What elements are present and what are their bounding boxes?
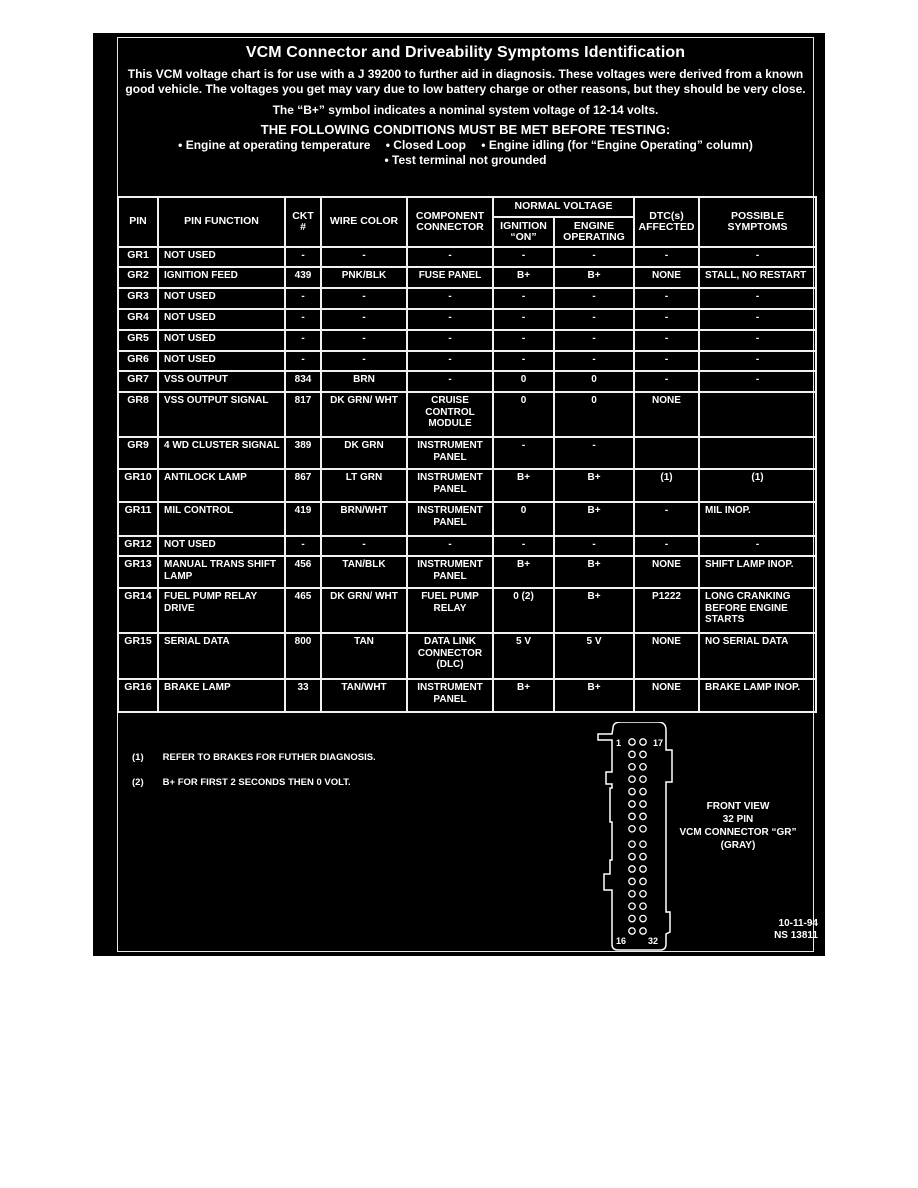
engine-operating-cell: - (554, 247, 634, 267)
wire-color-cell: - (321, 288, 407, 309)
pin-cell: GR5 (118, 330, 158, 351)
svg-text:32: 32 (648, 936, 658, 946)
dtc-cell (634, 437, 699, 469)
ignition-on-cell: - (493, 330, 554, 351)
pin-function-cell: FUEL PUMP RELAY DRIVE (158, 588, 285, 633)
engine-operating-cell: B+ (554, 556, 634, 588)
engine-operating-cell: B+ (554, 588, 634, 633)
wire-color-cell: - (321, 309, 407, 330)
vcm-document-sheet: VCM Connector and Driveability Symptoms … (93, 33, 825, 956)
pin-function-cell: NOT USED (158, 247, 285, 267)
footnote: (1) REFER TO BRAKES FOR FUTHER DIAGNOSIS… (132, 752, 376, 763)
pin-cell: GR6 (118, 351, 158, 371)
possible-symptoms-cell (699, 392, 816, 437)
table-row: GR6NOT USED------- (118, 351, 816, 371)
possible-symptoms-cell: - (699, 330, 816, 351)
wire-color-cell: LT GRN (321, 469, 407, 502)
ckt-cell: - (285, 536, 321, 556)
component-connector-cell: INSTRUMENT PANEL (407, 469, 493, 502)
ignition-on-cell: - (493, 536, 554, 556)
engine-operating-cell: - (554, 437, 634, 469)
wire-color-cell: - (321, 247, 407, 267)
wire-color-cell: DK GRN/ WHT (321, 588, 407, 633)
ignition-on-cell: B+ (493, 679, 554, 712)
wire-color-cell: DK GRN (321, 437, 407, 469)
col-header-possible-symptoms: POSSIBLE SYMPTOMS (699, 197, 816, 247)
pin-function-cell: NOT USED (158, 536, 285, 556)
engine-operating-cell: B+ (554, 679, 634, 712)
col-header-engine-operating: ENGINE OPERATING (554, 217, 634, 247)
pin-cell: GR10 (118, 469, 158, 502)
table-row: GR8VSS OUTPUT SIGNAL817DK GRN/ WHTCRUISE… (118, 392, 816, 437)
possible-symptoms-cell: STALL, NO RESTART (699, 267, 816, 288)
ckt-cell: - (285, 247, 321, 267)
engine-operating-cell: B+ (554, 469, 634, 502)
component-connector-cell: INSTRUMENT PANEL (407, 502, 493, 536)
ignition-on-cell: 0 (493, 502, 554, 536)
col-header-pin: PIN (118, 197, 158, 247)
dtc-cell: - (634, 536, 699, 556)
pin-function-cell: MANUAL TRANS SHIFT LAMP (158, 556, 285, 588)
ignition-on-cell: - (493, 437, 554, 469)
table-row: GR11MIL CONTROL419BRN/WHTINSTRUMENT PANE… (118, 502, 816, 536)
dtc-cell: - (634, 288, 699, 309)
dtc-cell: NONE (634, 556, 699, 588)
pin-function-cell: 4 WD CLUSTER SIGNAL (158, 437, 285, 469)
condition-item: • Test terminal not grounded (385, 153, 547, 167)
pin-cell: GR3 (118, 288, 158, 309)
svg-text:1: 1 (616, 738, 621, 748)
svg-text:16: 16 (616, 936, 626, 946)
engine-operating-cell: - (554, 536, 634, 556)
possible-symptoms-cell: LONG CRANKING BEFORE ENGINE STARTS (699, 588, 816, 633)
footnote-number: (2) (132, 777, 160, 788)
possible-symptoms-cell: MIL INOP. (699, 502, 816, 536)
pin-cell: GR13 (118, 556, 158, 588)
ignition-on-cell: 5 V (493, 633, 554, 679)
pin-cell: GR1 (118, 247, 158, 267)
dtc-cell: - (634, 371, 699, 392)
dtc-cell: - (634, 309, 699, 330)
vcm-voltage-table: PIN PIN FUNCTION CKT # WIRE COLOR COMPON… (117, 196, 817, 713)
component-connector-cell: - (407, 330, 493, 351)
table-row: GR3NOT USED------- (118, 288, 816, 309)
component-connector-cell: - (407, 536, 493, 556)
ignition-on-cell: - (493, 351, 554, 371)
footnotes: (1) REFER TO BRAKES FOR FUTHER DIAGNOSIS… (132, 752, 376, 802)
ignition-on-cell: B+ (493, 469, 554, 502)
pin-function-cell: IGNITION FEED (158, 267, 285, 288)
pin-cell: GR8 (118, 392, 158, 437)
engine-operating-cell: - (554, 309, 634, 330)
col-header-wire-color: WIRE COLOR (321, 197, 407, 247)
footnote: (2) B+ FOR FIRST 2 SECONDS THEN 0 VOLT. (132, 777, 376, 788)
component-connector-cell: - (407, 309, 493, 330)
ignition-on-cell: 0 (2) (493, 588, 554, 633)
pin-function-cell: MIL CONTROL (158, 502, 285, 536)
pin-cell: GR7 (118, 371, 158, 392)
dtc-cell: NONE (634, 267, 699, 288)
description-paragraph: This VCM voltage chart is for use with a… (118, 67, 813, 97)
ignition-on-cell: B+ (493, 267, 554, 288)
pin-cell: GR12 (118, 536, 158, 556)
condition-item: • Engine at operating temperature (178, 138, 370, 152)
ckt-cell: 800 (285, 633, 321, 679)
conditions-heading: THE FOLLOWING CONDITIONS MUST BE MET BEF… (118, 122, 813, 137)
pin-cell: GR2 (118, 267, 158, 288)
document-date: 10-11-94 (758, 918, 818, 930)
possible-symptoms-cell: - (699, 351, 816, 371)
wire-color-cell: TAN (321, 633, 407, 679)
ignition-on-cell: B+ (493, 556, 554, 588)
table-row: GR94 WD CLUSTER SIGNAL389DK GRNINSTRUMEN… (118, 437, 816, 469)
dtc-cell: - (634, 502, 699, 536)
dtc-cell: NONE (634, 392, 699, 437)
possible-symptoms-cell (699, 437, 816, 469)
pin-cell: GR15 (118, 633, 158, 679)
engine-operating-cell: - (554, 330, 634, 351)
wire-color-cell: DK GRN/ WHT (321, 392, 407, 437)
possible-symptoms-cell: - (699, 536, 816, 556)
pin-cell: GR14 (118, 588, 158, 633)
table-row: GR15SERIAL DATA800TANDATA LINK CONNECTOR… (118, 633, 816, 679)
ckt-cell: - (285, 288, 321, 309)
ckt-cell: - (285, 330, 321, 351)
table-row: GR5NOT USED------- (118, 330, 816, 351)
pin-cell: GR16 (118, 679, 158, 712)
caption-line: VCM CONNECTOR “GR” (663, 826, 813, 839)
dtc-cell: P1222 (634, 588, 699, 633)
pin-function-cell: ANTILOCK LAMP (158, 469, 285, 502)
possible-symptoms-cell: (1) (699, 469, 816, 502)
component-connector-cell: INSTRUMENT PANEL (407, 437, 493, 469)
component-connector-cell: CRUISE CONTROL MODULE (407, 392, 493, 437)
possible-symptoms-cell: BRAKE LAMP INOP. (699, 679, 816, 712)
dtc-cell: NONE (634, 633, 699, 679)
pin-cell: GR4 (118, 309, 158, 330)
dtc-cell: (1) (634, 469, 699, 502)
possible-symptoms-cell: - (699, 371, 816, 392)
ckt-cell: 465 (285, 588, 321, 633)
ignition-on-cell: 0 (493, 392, 554, 437)
table-row: GR12NOT USED------- (118, 536, 816, 556)
document-number: NS 13811 (758, 930, 818, 942)
dtc-cell: - (634, 351, 699, 371)
condition-item: • Closed Loop (386, 138, 466, 152)
ckt-cell: - (285, 309, 321, 330)
intro-section: VCM Connector and Driveability Symptoms … (118, 38, 813, 196)
svg-text:17: 17 (653, 738, 663, 748)
ckt-cell: 439 (285, 267, 321, 288)
wire-color-cell: - (321, 351, 407, 371)
possible-symptoms-cell: - (699, 247, 816, 267)
component-connector-cell: FUEL PUMP RELAY (407, 588, 493, 633)
pin-cell: GR9 (118, 437, 158, 469)
document-id: 10-11-94 NS 13811 (758, 918, 818, 942)
table-row: GR14FUEL PUMP RELAY DRIVE465DK GRN/ WHTF… (118, 588, 816, 633)
engine-operating-cell: - (554, 288, 634, 309)
table-row: GR2IGNITION FEED439PNK/BLKFUSE PANELB+B+… (118, 267, 816, 288)
footnote-number: (1) (132, 752, 160, 763)
ckt-cell: - (285, 351, 321, 371)
component-connector-cell: INSTRUMENT PANEL (407, 679, 493, 712)
wire-color-cell: TAN/BLK (321, 556, 407, 588)
ckt-cell: 456 (285, 556, 321, 588)
dtc-cell: NONE (634, 679, 699, 712)
component-connector-cell: - (407, 351, 493, 371)
possible-symptoms-cell: NO SERIAL DATA (699, 633, 816, 679)
table-row: GR4NOT USED------- (118, 309, 816, 330)
table-row: GR16BRAKE LAMP33TAN/WHTINSTRUMENT PANELB… (118, 679, 816, 712)
wire-color-cell: - (321, 330, 407, 351)
dtc-cell: - (634, 247, 699, 267)
col-header-ignition-on: IGNITION “ON” (493, 217, 554, 247)
component-connector-cell: - (407, 247, 493, 267)
engine-operating-cell: - (554, 351, 634, 371)
table-row: GR13MANUAL TRANS SHIFT LAMP456TAN/BLKINS… (118, 556, 816, 588)
footnote-text: B+ FOR FIRST 2 SECONDS THEN 0 VOLT. (163, 777, 351, 788)
col-header-pin-function: PIN FUNCTION (158, 197, 285, 247)
component-connector-cell: INSTRUMENT PANEL (407, 556, 493, 588)
document-frame: VCM Connector and Driveability Symptoms … (117, 37, 814, 952)
pin-function-cell: NOT USED (158, 351, 285, 371)
ckt-cell: 389 (285, 437, 321, 469)
ignition-on-cell: - (493, 247, 554, 267)
pin-function-cell: VSS OUTPUT SIGNAL (158, 392, 285, 437)
pin-function-cell: BRAKE LAMP (158, 679, 285, 712)
component-connector-cell: - (407, 371, 493, 392)
possible-symptoms-cell: - (699, 309, 816, 330)
pin-function-cell: SERIAL DATA (158, 633, 285, 679)
ckt-cell: 419 (285, 502, 321, 536)
wire-color-cell: PNK/BLK (321, 267, 407, 288)
table-body: GR1NOT USED-------GR2IGNITION FEED439PNK… (118, 247, 816, 712)
ckt-cell: 817 (285, 392, 321, 437)
dtc-cell: - (634, 330, 699, 351)
ckt-cell: 867 (285, 469, 321, 502)
engine-operating-cell: 5 V (554, 633, 634, 679)
engine-operating-cell: 0 (554, 371, 634, 392)
table-row: GR7VSS OUTPUT834BRN-00-- (118, 371, 816, 392)
engine-operating-cell: B+ (554, 502, 634, 536)
wire-color-cell: BRN (321, 371, 407, 392)
engine-operating-cell: B+ (554, 267, 634, 288)
pin-function-cell: NOT USED (158, 309, 285, 330)
col-header-dtcs-affected: DTC(s) AFFECTED (634, 197, 699, 247)
possible-symptoms-cell: SHIFT LAMP INOP. (699, 556, 816, 588)
wire-color-cell: - (321, 536, 407, 556)
table-row: GR10ANTILOCK LAMP867LT GRNINSTRUMENT PAN… (118, 469, 816, 502)
pin-cell: GR11 (118, 502, 158, 536)
ckt-cell: 33 (285, 679, 321, 712)
col-header-normal-voltage: NORMAL VOLTAGE (493, 197, 634, 217)
ignition-on-cell: - (493, 288, 554, 309)
connector-caption: FRONT VIEW 32 PIN VCM CONNECTOR “GR” (GR… (663, 800, 813, 852)
possible-symptoms-cell: - (699, 288, 816, 309)
pin-function-cell: NOT USED (158, 330, 285, 351)
caption-line: 32 PIN (663, 813, 813, 826)
ignition-on-cell: 0 (493, 371, 554, 392)
col-header-component-connector: COMPONENT CONNECTOR (407, 197, 493, 247)
table-row: GR1NOT USED------- (118, 247, 816, 267)
wire-color-cell: TAN/WHT (321, 679, 407, 712)
footnote-text: REFER TO BRAKES FOR FUTHER DIAGNOSIS. (163, 752, 376, 763)
engine-operating-cell: 0 (554, 392, 634, 437)
pin-function-cell: VSS OUTPUT (158, 371, 285, 392)
wire-color-cell: BRN/WHT (321, 502, 407, 536)
condition-item: • Engine idling (for “Engine Operating” … (481, 138, 753, 152)
component-connector-cell: - (407, 288, 493, 309)
col-header-ckt: CKT # (285, 197, 321, 247)
document-title: VCM Connector and Driveability Symptoms … (118, 44, 813, 62)
caption-line: FRONT VIEW (663, 800, 813, 813)
ignition-on-cell: - (493, 309, 554, 330)
component-connector-cell: DATA LINK CONNECTOR (DLC) (407, 633, 493, 679)
component-connector-cell: FUSE PANEL (407, 267, 493, 288)
pin-function-cell: NOT USED (158, 288, 285, 309)
conditions-list: • Engine at operating temperature • Clos… (118, 138, 813, 168)
bplus-note: The “B+” symbol indicates a nominal syst… (118, 103, 813, 117)
caption-line: (GRAY) (663, 839, 813, 852)
ckt-cell: 834 (285, 371, 321, 392)
